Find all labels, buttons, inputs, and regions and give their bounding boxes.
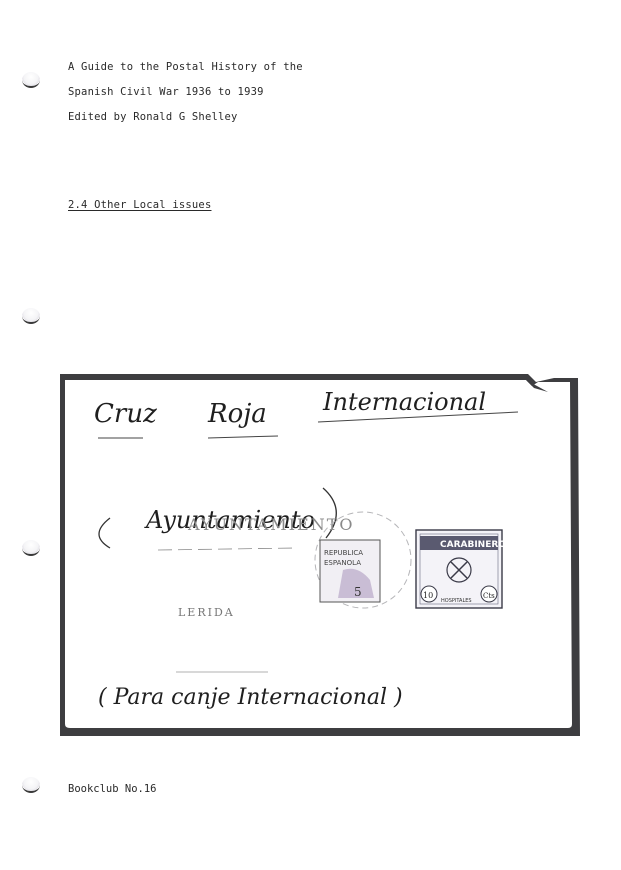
- binder-hole-icon: [22, 72, 40, 88]
- title-line-1: A Guide to the Postal History of the: [68, 61, 303, 73]
- stamp-carabineros: CARABINEROS 10 Cts HOSPITALES: [416, 530, 512, 608]
- title-line-2: Spanish Civil War 1936 to 1939: [68, 86, 264, 98]
- svg-text:HOSPITALES: HOSPITALES: [441, 598, 472, 604]
- svg-text:Cruz: Cruz: [94, 399, 157, 429]
- cover-image: Cruz Roja Internacional Ayuntamiento AYU…: [58, 370, 586, 738]
- binder-hole-icon: [22, 308, 40, 324]
- cachet-stamp: AYUNTAMIENTO: [187, 515, 354, 534]
- svg-text:Cts: Cts: [483, 592, 495, 600]
- svg-text:REPUBLICA: REPUBLICA: [324, 549, 363, 557]
- svg-text:CARABINEROS: CARABINEROS: [440, 540, 512, 550]
- editor-line: Edited by Ronald G Shelley: [68, 111, 238, 123]
- svg-text:Roja: Roja: [207, 399, 267, 429]
- footer-label: Bookclub No.16: [68, 783, 157, 795]
- svg-text:Internacional: Internacional: [322, 388, 486, 416]
- binder-hole-icon: [22, 777, 40, 793]
- binder-hole-icon: [22, 540, 40, 556]
- address-stamp: LERIDA: [178, 606, 235, 619]
- svg-text:ESPANOLA: ESPANOLA: [324, 559, 361, 567]
- svg-text:10: 10: [423, 591, 433, 600]
- section-title: 2.4 Other Local issues: [68, 199, 211, 211]
- handwriting-bottom: ( Para canje Internacional ): [98, 685, 403, 710]
- svg-text:5: 5: [354, 585, 362, 599]
- stamp-republica-espanola: REPUBLICA ESPANOLA 5: [320, 540, 380, 602]
